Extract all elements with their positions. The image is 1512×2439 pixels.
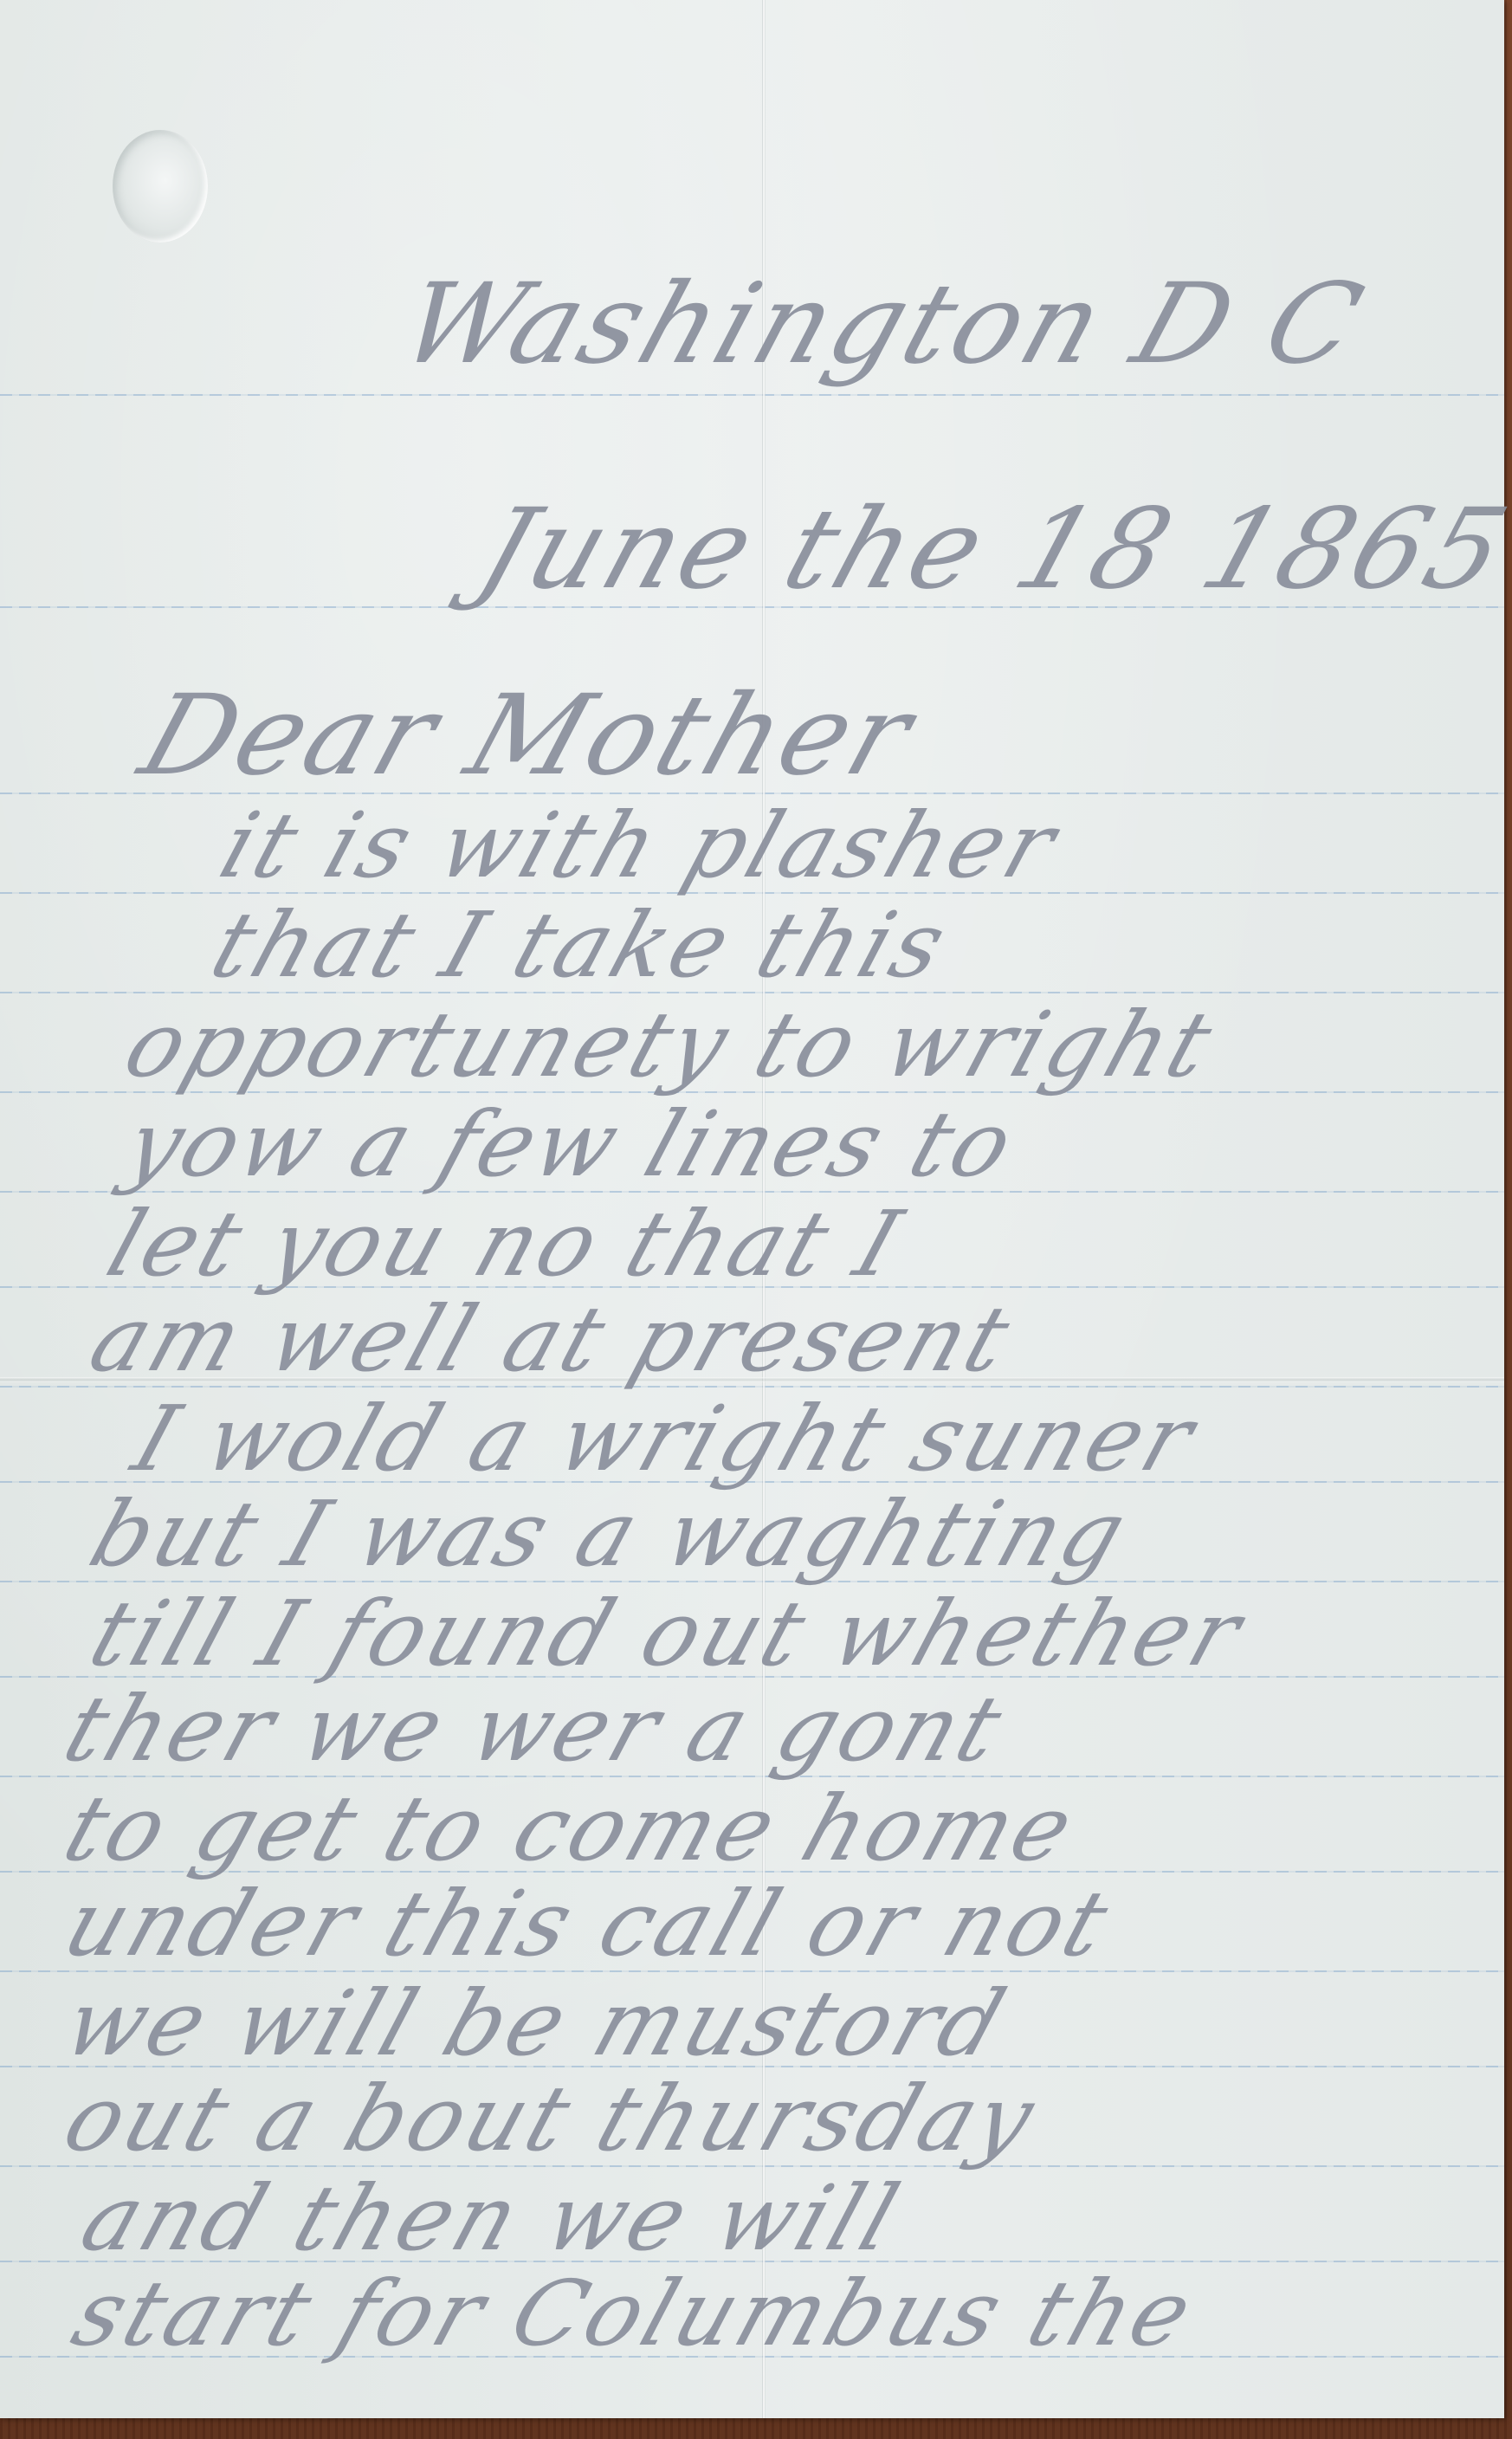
letter-line: yow a few lines to: [113, 1091, 1029, 1197]
letter-line: opportunety to wright: [113, 992, 1227, 1097]
letter-line: under this call or not: [52, 1871, 1124, 1976]
letter-place: Washington D C: [386, 260, 1380, 389]
letter-line: it is with plasher: [208, 793, 1071, 898]
letter-line: to get to come home: [52, 1776, 1089, 1881]
letter-line: out a bout thursday: [52, 2066, 1050, 2171]
letter-sheet: Washington D C June the 18 1865 Dear Mot…: [0, 0, 1504, 2418]
letter-line: that I take this: [199, 892, 961, 998]
letter-line: and then we will: [69, 2165, 914, 2271]
letter-greeting: Dear Mother: [126, 671, 930, 800]
letter-line: but I was a waghting: [78, 1481, 1141, 1587]
letter-line: we will be mustord: [52, 1970, 1020, 2076]
letter-date: June the 18 1865: [464, 485, 1512, 614]
letter-line: let you no that I: [95, 1191, 916, 1297]
ruled-line: [0, 394, 1504, 396]
letter-line: I wold a wright suner: [121, 1386, 1209, 1491]
letter-line: ther we wer a gont: [52, 1676, 1018, 1782]
letter-line: till I found out whether: [78, 1581, 1257, 1686]
letter-line: start for Columbus the: [61, 2261, 1208, 2366]
letter-line: am well at present: [78, 1286, 1025, 1392]
embossed-stamp-icon: [113, 130, 208, 243]
